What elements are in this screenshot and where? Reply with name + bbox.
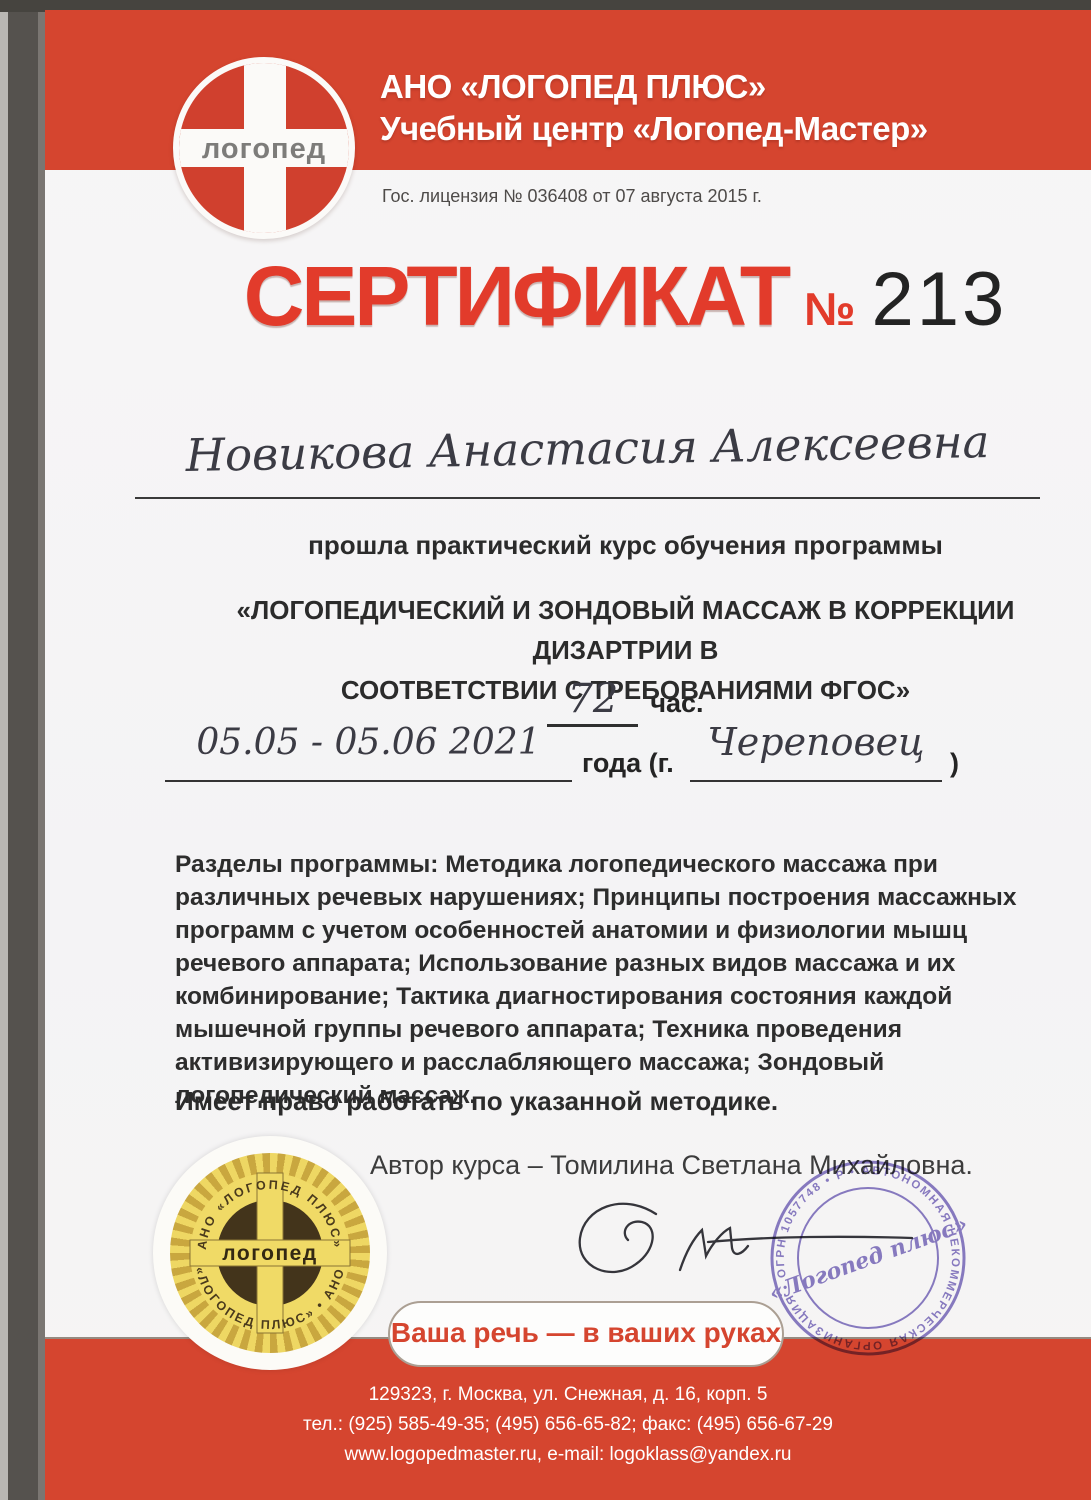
title-word: СЕРТИФИКАТ [244, 248, 788, 345]
footer-phones: тел.: (925) 585-49-35; (495) 656-65-82; … [45, 1410, 1091, 1440]
header-org-block: АНО «ЛОГОПЕД ПЛЮС» Учебный центр «Логопе… [380, 66, 928, 150]
slogan-ribbon: Ваша речь — в ваших руках [388, 1301, 784, 1367]
hours-value: 72 [547, 676, 638, 727]
closing-paren: ) [950, 748, 959, 779]
dates-value: 05.05 - 05.06 2021 [165, 722, 572, 782]
seal-center-text: логопед [222, 1242, 317, 1265]
stamp-center-text: «Логопед плюс» [766, 1211, 971, 1307]
certificate-title: СЕРТИФИКАТ № 213 [175, 248, 1076, 345]
gold-seal-icon: АНО «ЛОГОПЕД ПЛЮС» «ЛОГОПЕД ПЛЮС» • АНО … [170, 1153, 370, 1353]
logoped-logo: логопед [173, 57, 355, 239]
footer-address: 129323, г. Москва, ул. Снежная, д. 16, к… [45, 1380, 1091, 1410]
program-title-line1: «ЛОГОПЕДИЧЕСКИЙ И ЗОНДОВЫЙ МАССАЖ В КОРР… [175, 590, 1076, 670]
footer-contacts: 129323, г. Москва, ул. Снежная, д. 16, к… [45, 1380, 1091, 1470]
certificate-page: логопед АНО «ЛОГОПЕД ПЛЮС» Учебный центр… [45, 10, 1091, 1500]
course-intro: прошла практический курс обучения програ… [175, 530, 1076, 561]
center-name: Учебный центр «Логопед-Мастер» [380, 108, 928, 150]
program-sections: Разделы программы: Методика логопедическ… [175, 848, 1072, 1112]
org-name: АНО «ЛОГОПЕД ПЛЮС» [380, 66, 928, 108]
slogan-text: Ваша речь — в ваших руках [391, 1303, 781, 1363]
logo-text: логопед [179, 133, 349, 166]
certificate-number: 213 [871, 256, 1007, 343]
license-line: Гос. лицензия № 036408 от 07 августа 201… [382, 186, 762, 207]
rights-statement: Имеет право работать по указанной методи… [175, 1086, 778, 1117]
hours-label: час. [650, 688, 703, 719]
dates-label: года (г. [582, 748, 674, 779]
title-number-sign: № [804, 282, 855, 336]
scan-edge-left [0, 0, 45, 1500]
footer-web: www.logopedmaster.ru, e-mail: logoklass@… [45, 1440, 1091, 1470]
city-value: Череповец [690, 720, 942, 782]
